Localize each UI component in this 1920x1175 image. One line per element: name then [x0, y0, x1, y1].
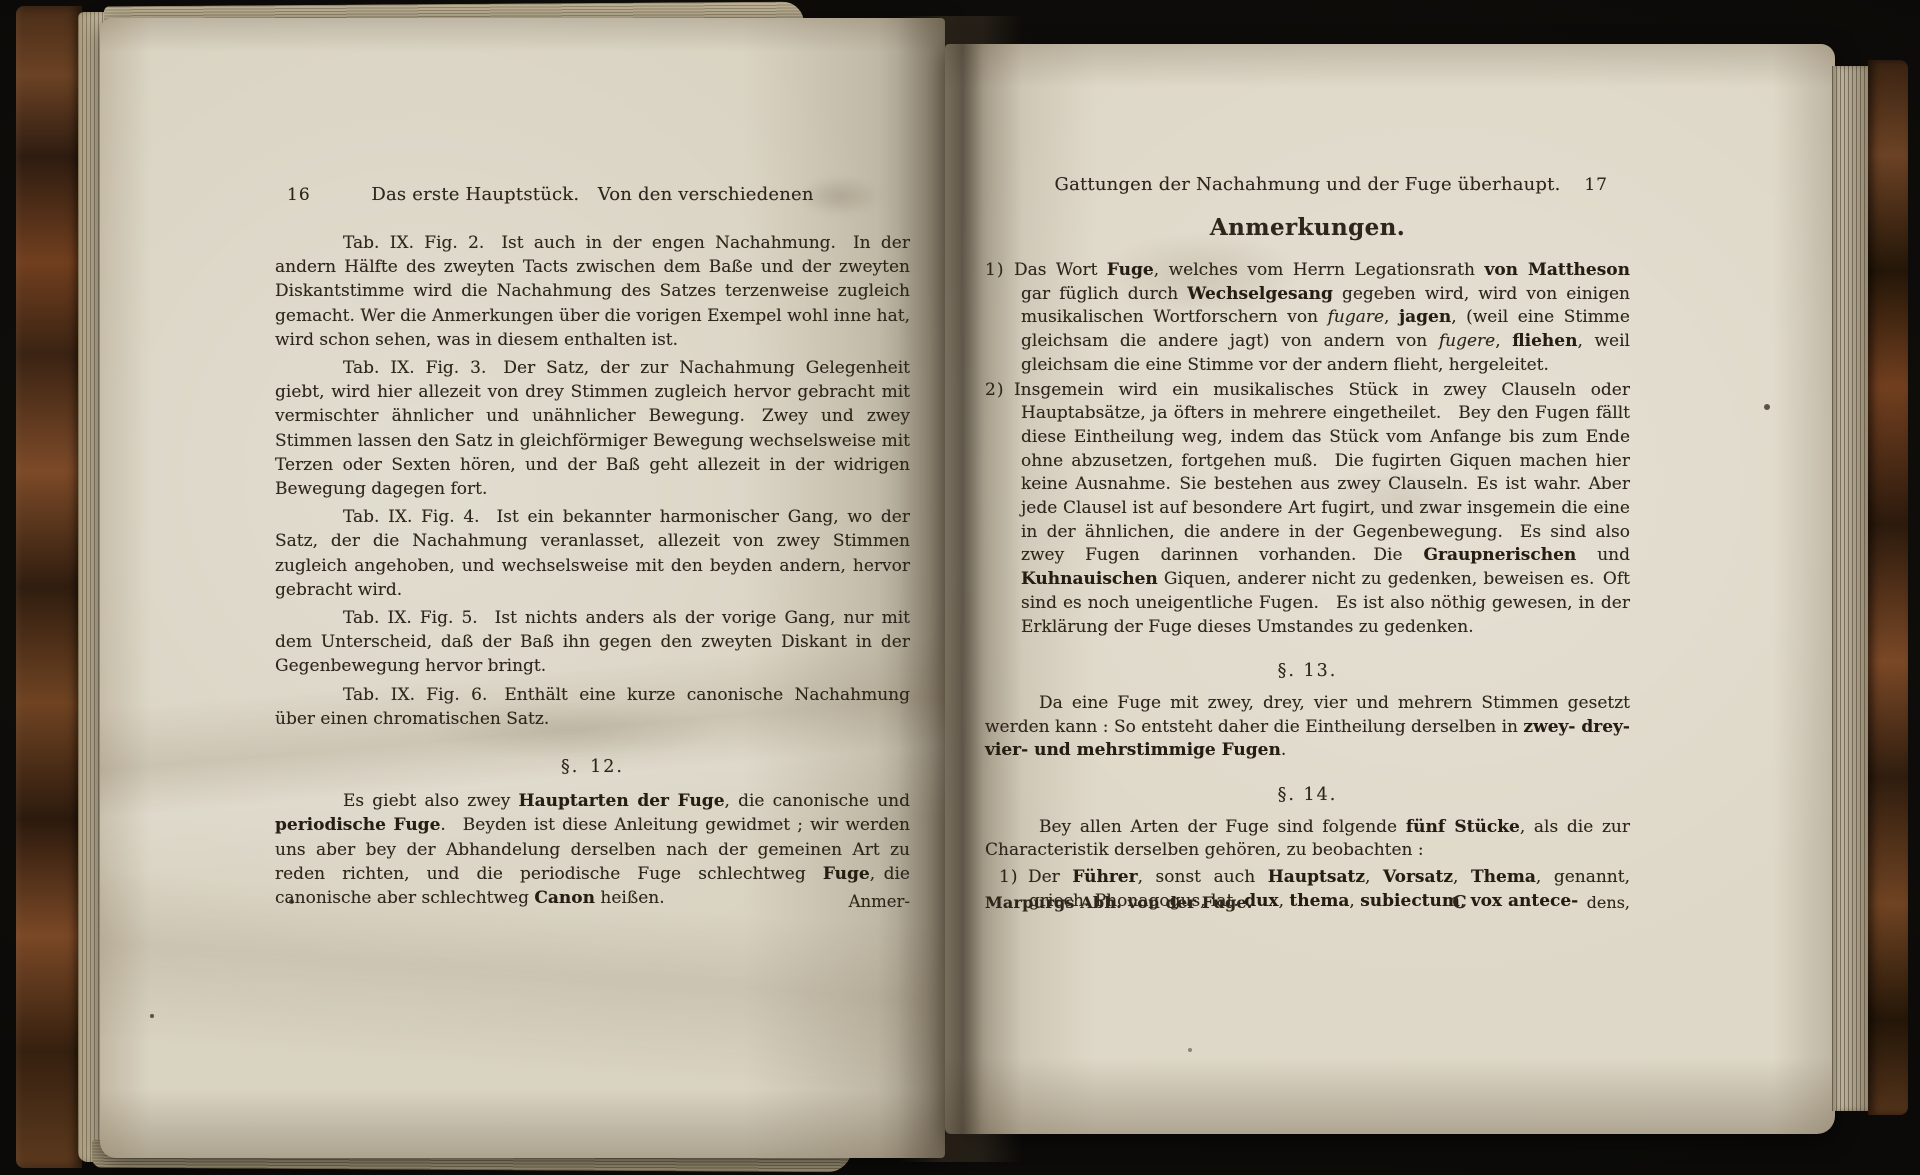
- ink-speck: [150, 1014, 154, 1018]
- paragraph: Tab. IX. Fig. 2. Ist auch in der engen N…: [275, 231, 910, 352]
- ink-speck: [1764, 404, 1770, 410]
- left-running-title: Das erste Hauptstück. Von den verschiede…: [371, 184, 813, 205]
- body-text: ,: [1453, 867, 1471, 887]
- signature-mark: C: [1452, 892, 1466, 913]
- body-text: §. 13.: [1278, 661, 1338, 681]
- item-number: 1): [999, 867, 1028, 887]
- right-cover-leather: [1868, 60, 1908, 1115]
- section-heading: §. 12.: [275, 755, 910, 779]
- body-text: Insgemein wird ein musikalisches Stück i…: [1014, 380, 1630, 566]
- emphasized-text: Graupnerischen: [1423, 545, 1576, 565]
- emphasized-text: Führer: [1072, 867, 1137, 887]
- body-text: Das Wort: [1014, 260, 1107, 280]
- emphasized-text: Kuhnauischen: [1021, 569, 1158, 589]
- paragraph: Bey allen Arten der Fuge sind folgende f…: [985, 816, 1630, 863]
- body-text: Es giebt also zwey: [343, 791, 519, 811]
- right-catchword: dens,: [1587, 893, 1630, 912]
- emphasized-text: fliehen: [1512, 331, 1577, 351]
- body-text: ,: [1495, 331, 1512, 351]
- numbered-item: 2) Insgemein wird ein musikalisches Stüc…: [985, 379, 1630, 640]
- right-page-body: 1) Das Wort Fuge, welches vom Herrn Lega…: [985, 259, 1630, 914]
- paragraph: Tab. IX. Fig. 5. Ist nichts anders als d…: [275, 606, 910, 679]
- body-text: gar füglich durch: [1021, 284, 1187, 304]
- emphasized-text: Hauptarten der Fuge: [519, 791, 725, 811]
- body-text: .: [1281, 740, 1286, 760]
- paragraph: Tab. IX. Fig. 3. Der Satz, der zur Nacha…: [275, 356, 910, 501]
- emphasized-text: Vorsatz: [1383, 867, 1453, 887]
- emphasized-text: Thema: [1471, 867, 1536, 887]
- footer-book-title: Marpurgs Abh. von der Fuge.: [985, 893, 1253, 912]
- photograph-of-open-book: { "scene": { "bg": "#0b0a08", "paper": "…: [0, 0, 1920, 1175]
- body-text: ,: [1384, 307, 1399, 327]
- right-page-footer: Marpurgs Abh. von der Fuge. C dens,: [985, 892, 1630, 913]
- body-text: Tab. IX. Fig. 2. Ist auch in der engen N…: [275, 233, 910, 350]
- emphasized-text: Fuge: [823, 864, 870, 884]
- body-text: §. 12.: [561, 757, 624, 777]
- left-page-number: 16: [287, 182, 311, 208]
- body-text: Tab. IX. Fig. 6. Enthält eine kurze cano…: [275, 685, 910, 729]
- left-cover-leather: [16, 6, 82, 1168]
- body-text: , sonst auch: [1138, 867, 1268, 887]
- body-text: Der: [1028, 867, 1072, 887]
- section-heading: §. 14.: [985, 784, 1630, 808]
- body-text: §. 14.: [1278, 785, 1338, 805]
- left-catchword: Anmer-: [275, 892, 910, 911]
- right-page-header: Gattungen der Nachahmung und der Fuge üb…: [985, 172, 1630, 198]
- italic-latin-term: fugare: [1328, 307, 1384, 327]
- item-number: 2): [985, 380, 1014, 400]
- italic-latin-term: fugere: [1439, 331, 1495, 351]
- item-number: 1): [985, 260, 1014, 280]
- body-text: , welches vom Herrn Legationsrath: [1154, 260, 1485, 280]
- body-text: ,: [1365, 867, 1383, 887]
- right-page-number: 17: [1584, 172, 1608, 198]
- emphasized-text: Fuge: [1107, 260, 1154, 280]
- paragraph: Tab. IX. Fig. 4. Ist ein bekannter harmo…: [275, 505, 910, 602]
- paragraph: Da eine Fuge mit zwey, drey, vier und me…: [985, 692, 1630, 763]
- numbered-item: 1) Das Wort Fuge, welches vom Herrn Lega…: [985, 259, 1630, 378]
- left-page-header: 16 Das erste Hauptstück. Von den verschi…: [275, 182, 910, 208]
- body-text: Tab. IX. Fig. 4. Ist ein bekannter harmo…: [275, 507, 910, 600]
- section-heading: §. 13.: [985, 660, 1630, 684]
- body-text: Tab. IX. Fig. 5. Ist nichts anders als d…: [275, 608, 910, 676]
- left-page-body: Tab. IX. Fig. 2. Ist auch in der engen N…: [275, 231, 910, 910]
- paragraph: Tab. IX. Fig. 6. Enthält eine kurze cano…: [275, 683, 910, 731]
- body-text: und: [1576, 545, 1630, 565]
- right-running-title: Gattungen der Nachahmung und der Fuge üb…: [1054, 174, 1560, 195]
- emphasized-text: Hauptsatz: [1268, 867, 1365, 887]
- body-text: Bey allen Arten der Fuge sind folgende: [1039, 817, 1406, 837]
- emphasized-text: Wechselgesang: [1187, 284, 1333, 304]
- ink-speck: [1188, 1048, 1192, 1052]
- annotations-heading: Anmerkungen.: [985, 214, 1630, 241]
- emphasized-text: periodische Fuge: [275, 815, 440, 835]
- body-text: Tab. IX. Fig. 3. Der Satz, der zur Nacha…: [275, 358, 910, 499]
- emphasized-text: jagen: [1399, 307, 1451, 327]
- emphasized-text: fünf Stücke: [1406, 817, 1520, 837]
- body-text: , die canonische und: [725, 791, 910, 811]
- emphasized-text: von Mattheson: [1484, 260, 1630, 280]
